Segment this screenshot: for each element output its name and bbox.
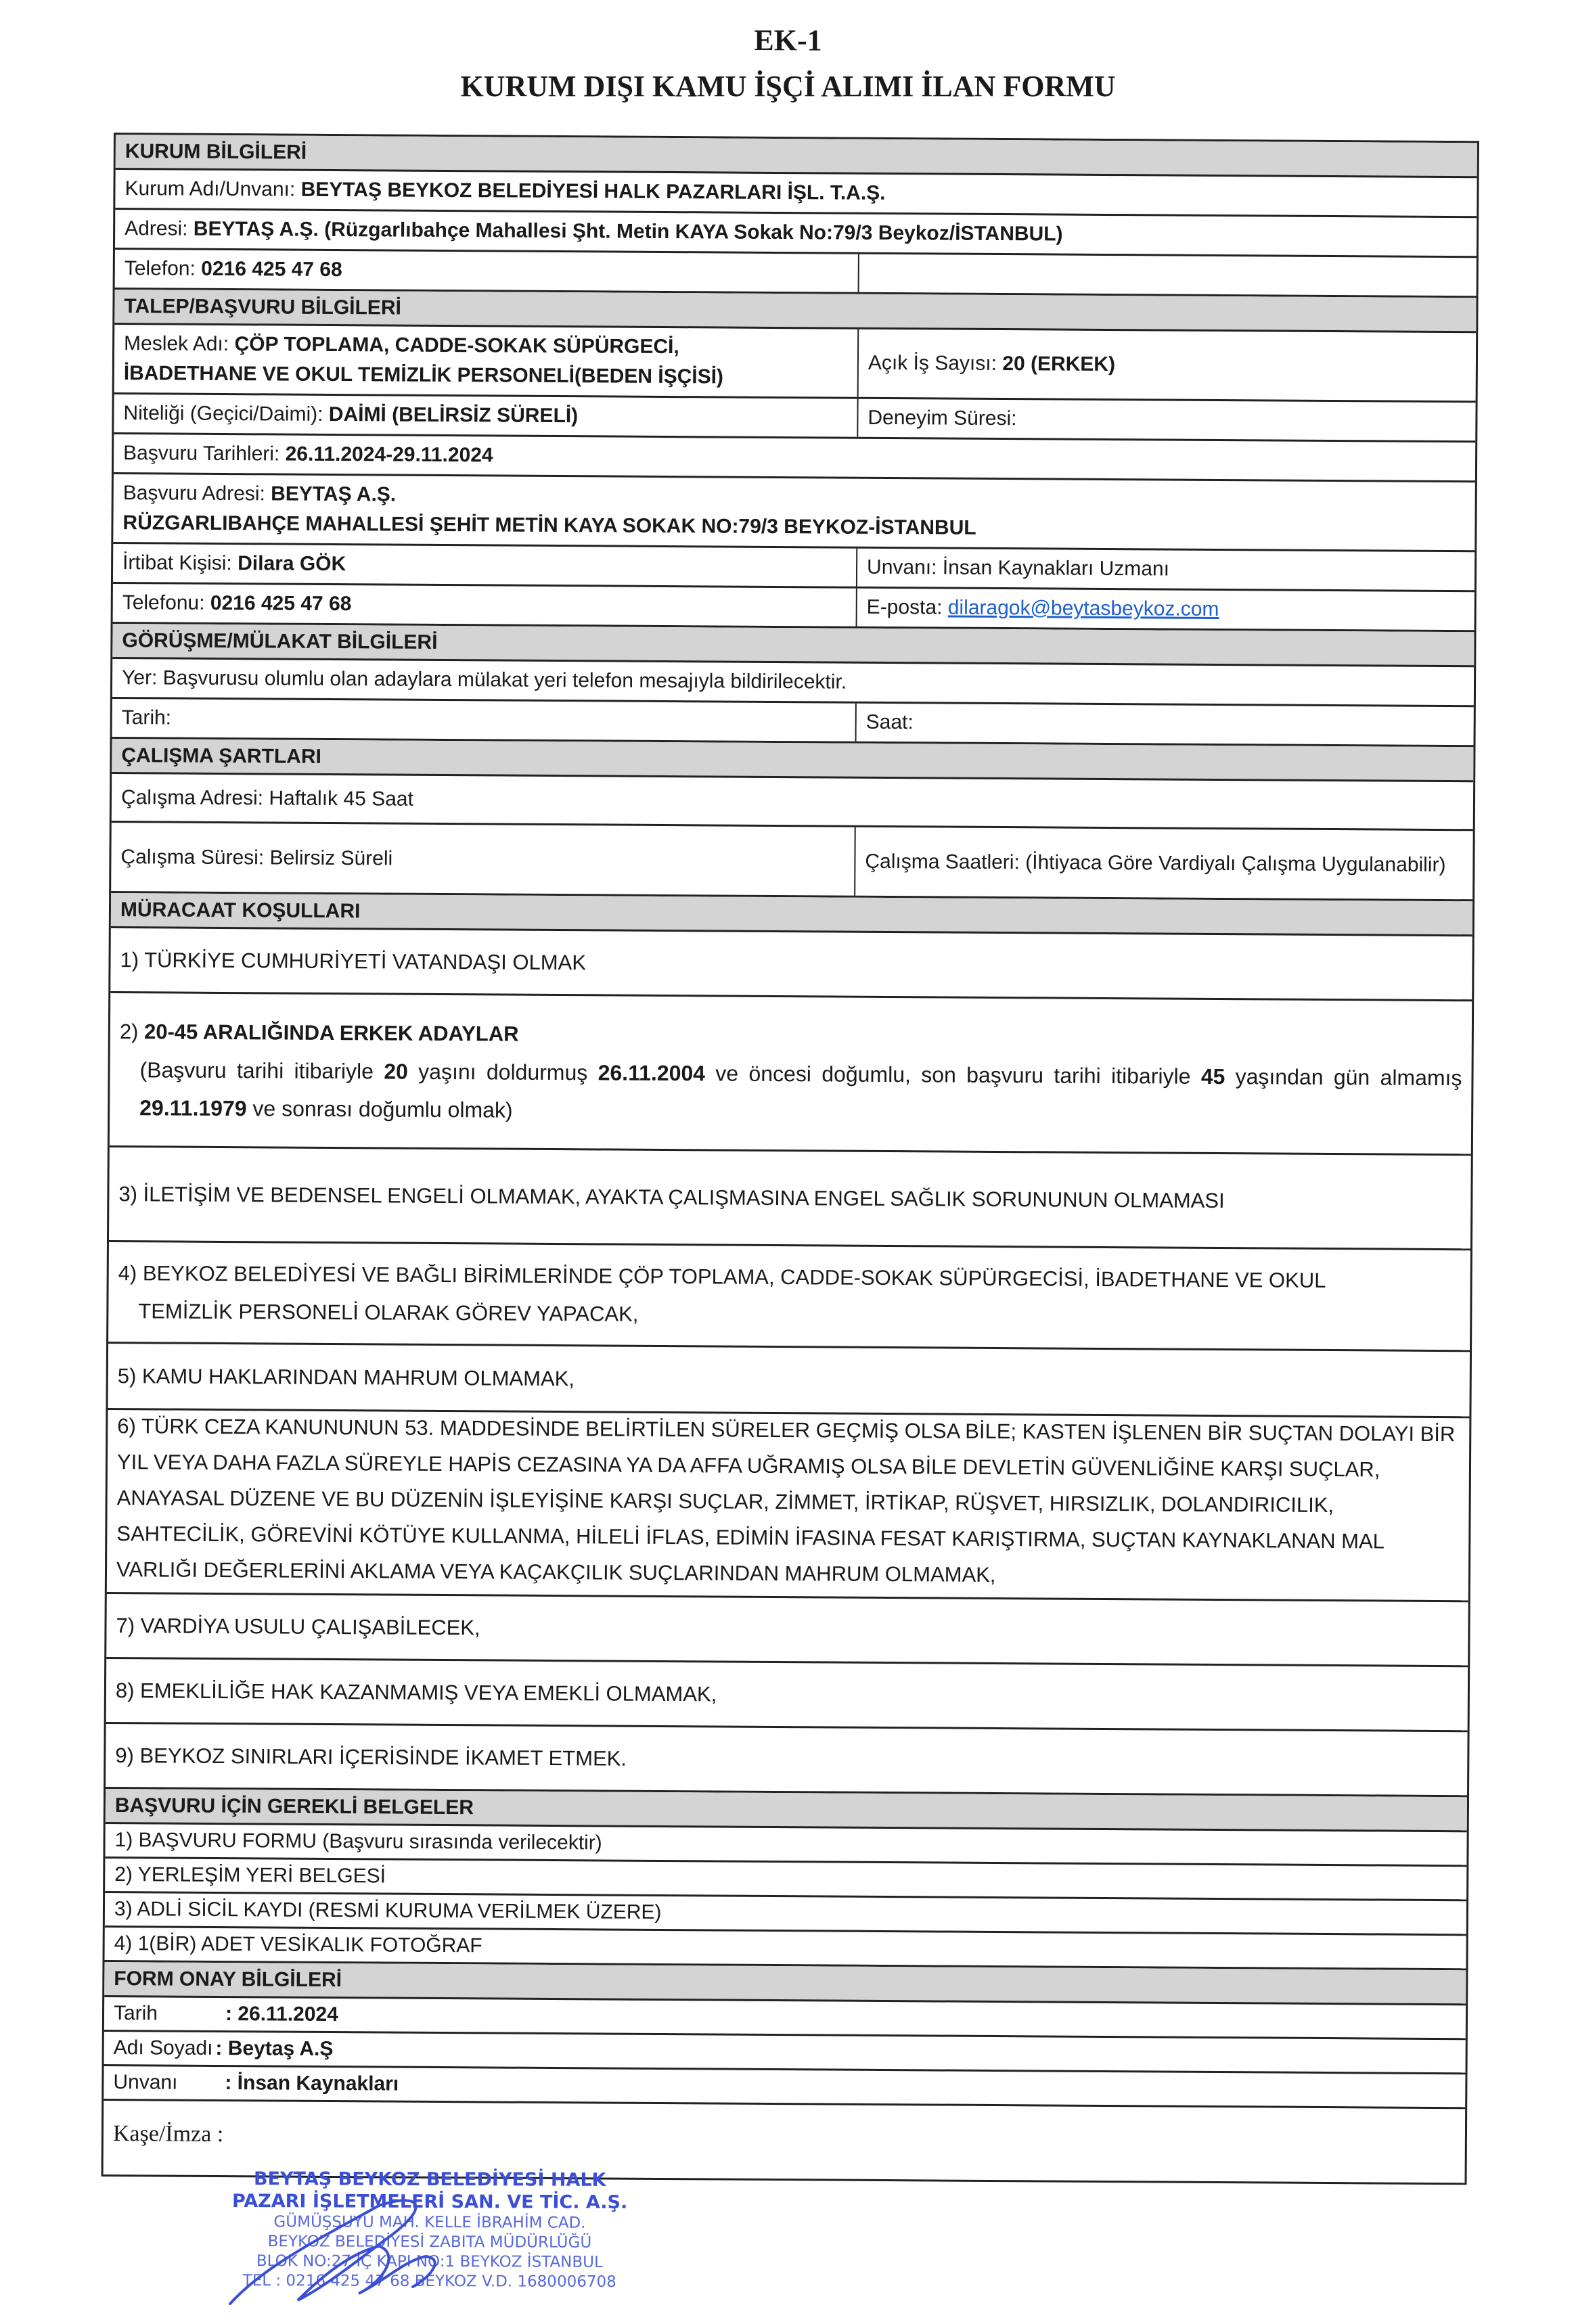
basvuru-tarih-value: 26.11.2024-29.11.2024: [286, 443, 493, 467]
birth-date-limit: 26.11.2004: [598, 1060, 706, 1085]
row-calisma-sure: Çalışma Süresi: Belirsiz Süreli Çalışma …: [111, 823, 1473, 901]
document-text: 1) BAŞVURU FORMU (Başvuru sırasında veri…: [114, 1825, 1457, 1863]
label: Açık İş Sayısı:: [868, 352, 1003, 375]
row-calisma-adres: Çalışma Adresi: Haftalık 45 Saat: [112, 774, 1473, 831]
condition-4: 4) BEYKOZ BELEDİYESİ VE BAĞLI BİRİMLERİN…: [108, 1242, 1470, 1352]
text: ve öncesi doğumlu, son başvuru tarihi it…: [705, 1061, 1201, 1088]
document-text: 3) ADLİ SİCİL KAYDI (RESMİ KURUMA VERİLM…: [114, 1894, 1457, 1932]
nitelik-value: DAİMİ (BELİRSİZ SÜRELİ): [329, 403, 579, 427]
condition-number: 2): [120, 1020, 144, 1043]
kurum-address-value: BEYTAŞ A.Ş. (Rüzgarlıbahçe Mahallesi Şht…: [194, 218, 1063, 246]
row-meslek: Meslek Adı: ÇÖP TOPLAMA, CADDE-SOKAK SÜP…: [114, 325, 1477, 403]
label: İrtibat Kişisi:: [122, 551, 238, 574]
label: Telefonu:: [122, 591, 210, 614]
label: Başvuru Adresi:: [123, 482, 271, 505]
deneyim-label: Deneyim Süresi:: [868, 403, 1466, 436]
label: Niteliği (Geçici/Daimi):: [123, 402, 329, 426]
meslek-line2: İBADETHANE VE OKUL TEMİZLİK PERSONELİ(BE…: [124, 362, 723, 388]
condition-text: 5) KAMU HAKLARINDAN MAHRUM OLMAMAK,: [118, 1357, 1460, 1403]
condition-text: 3) İLETİŞİM VE BEDENSEL ENGELİ OLMAMAK, …: [118, 1175, 1461, 1221]
stamp-line: BEYTAŞ BEYKOZ BELEDİYESİ HALK: [227, 2168, 633, 2191]
condition-detail: (Başvuru tarihi itibariyle 20 yaşını dol…: [119, 1051, 1462, 1135]
onay-adsoyad-label: Adı Soyadı: [114, 2033, 216, 2064]
label: Meslek Adı:: [124, 332, 235, 355]
condition-3: 3) İLETİŞİM VE BEDENSEL ENGELİ OLMAMAK, …: [109, 1147, 1471, 1250]
email-link[interactable]: dilaragok@beytasbeykoz.com: [948, 597, 1219, 620]
onay-tarih-label: Tarih: [114, 1999, 225, 2029]
kurum-name-value: BEYTAŞ BEYKOZ BELEDİYESİ HALK PAZARLARI …: [301, 179, 886, 204]
empty-cell: [859, 254, 1477, 296]
min-age: 20: [384, 1059, 408, 1083]
text: ve sonrası doğumlu olmak): [246, 1096, 512, 1122]
condition-text: 6) TÜRK CEZA KANUNUNUN 53. MADDESİNDE BE…: [116, 1408, 1460, 1595]
acik-is-value: 20 (ERKEK): [1002, 352, 1115, 375]
condition-1: 1) TÜRKİYE CUMHURİYETİ VATANDAŞI OLMAK: [110, 928, 1472, 1001]
onay-tarih-value: : 26.11.2024: [225, 1999, 338, 2030]
basvuru-adres-value2: RÜZGARLIBAHÇE MAHALLESİ ŞEHİT METİN KAYA…: [122, 511, 976, 539]
telefon-value: 0216 425 47 68: [210, 592, 352, 615]
condition-text: 8) EMEKLİLİĞE HAK KAZANMAMIŞ VEYA EMEKLİ…: [116, 1672, 1458, 1718]
mulakat-tarih-label: Tarih:: [122, 703, 846, 737]
document-text: 4) 1(BİR) ADET VESİKALIK FOTOĞRAF: [114, 1929, 1457, 1967]
kurum-phone-value: 0216 425 47 68: [201, 258, 342, 281]
text: yaşını doldurmuş: [408, 1059, 598, 1085]
meslek-line1: ÇÖP TOPLAMA, CADDE-SOKAK SÜPÜRGECİ,: [234, 333, 679, 358]
condition-text: 9) BEYKOZ SINIRLARI İÇERİSİNDE İKAMET ET…: [115, 1737, 1458, 1783]
condition-6: 6) TÜRK CEZA KANUNUNUN 53. MADDESİNDE BE…: [107, 1410, 1470, 1602]
text: yaşından gün almamış: [1225, 1064, 1462, 1090]
basvuru-adres-value1: BEYTAŞ A.Ş.: [271, 482, 396, 505]
calisma-saatleri: Çalışma Saatleri: (İhtiyaca Göre Vardiya…: [865, 846, 1463, 880]
birth-date-min: 29.11.1979: [139, 1095, 247, 1120]
row-basvuru-adresi: Başvuru Adresi: BEYTAŞ A.Ş. RÜZGARLIBAHÇ…: [113, 474, 1475, 552]
condition-7: 7) VARDİYA USULU ÇALIŞABİLECEK,: [106, 1594, 1468, 1667]
document-header: EK-1 KURUM DIŞI KAMU İŞÇİ ALIMI İLAN FOR…: [0, 20, 1576, 107]
condition-9: 9) BEYKOZ SINIRLARI İÇERİSİNDE İKAMET ET…: [106, 1724, 1468, 1797]
condition-2: 2) 20-45 ARALIĞINDA ERKEK ADAYLAR (Başvu…: [110, 993, 1472, 1156]
irtibat-value: Dilara GÖK: [238, 552, 346, 575]
condition-text-cont: TEMİZLİK PERSONELİ OLARAK GÖREV YAPACAK,: [118, 1292, 1460, 1338]
label: Başvuru Tarihleri:: [123, 442, 286, 465]
onay-adsoyad-value: : Beytaş A.Ş: [215, 2034, 333, 2064]
mulakat-saat-label: Saat:: [866, 708, 1464, 741]
calisma-adres: Çalışma Adresi: Haftalık 45 Saat: [121, 783, 1464, 821]
mulakat-yer: Yer: Başvurusu olumlu olan adaylara müla…: [122, 663, 1464, 701]
condition-5: 5) KAMU HAKLARINDAN MAHRUM OLMAMAK,: [108, 1344, 1470, 1418]
condition-8: 8) EMEKLİLİĞE HAK KAZANMAMIŞ VEYA EMEKLİ…: [106, 1659, 1468, 1732]
condition-text: 1) TÜRKİYE CUMHURİYETİ VATANDAŞI OLMAK: [120, 941, 1462, 987]
onay-unvan-value: : İnsan Kaynakları: [225, 2068, 399, 2099]
signature-icon: [223, 2192, 508, 2307]
unvan-value: İnsan Kaynakları Uzmanı: [943, 556, 1169, 580]
calisma-sure: Çalışma Süresi: Belirsiz Süreli: [120, 842, 845, 877]
label: Adresi:: [125, 217, 194, 240]
label: Unvanı:: [867, 556, 943, 579]
document-text: 2) YERLEŞİM YERİ BELGESİ: [114, 1860, 1457, 1898]
kase-imza-label: Kaşe/İmza :: [104, 2101, 249, 2175]
label: Kurum Adı/Unvanı:: [125, 177, 300, 201]
text: (Başvuru tarihi itibariyle: [139, 1057, 384, 1083]
annex-label: EK-1: [0, 20, 1576, 61]
onay-unvan-label: Unvanı: [113, 2068, 225, 2098]
label: Telefon:: [125, 257, 202, 280]
condition-text: 7) VARDİYA USULU ÇALIŞABİLECEK,: [116, 1607, 1458, 1653]
job-announcement-form: KURUM BİLGİLERİ Kurum Adı/Unvanı: BEYTAŞ…: [102, 133, 1479, 2185]
label: E-posta:: [867, 596, 948, 619]
form-title: KURUM DIŞI KAMU İŞÇİ ALIMI İLAN FORMU: [0, 66, 1576, 107]
condition-title: 20-45 ARALIĞINDA ERKEK ADAYLAR: [144, 1020, 519, 1045]
max-age: 45: [1201, 1064, 1225, 1088]
